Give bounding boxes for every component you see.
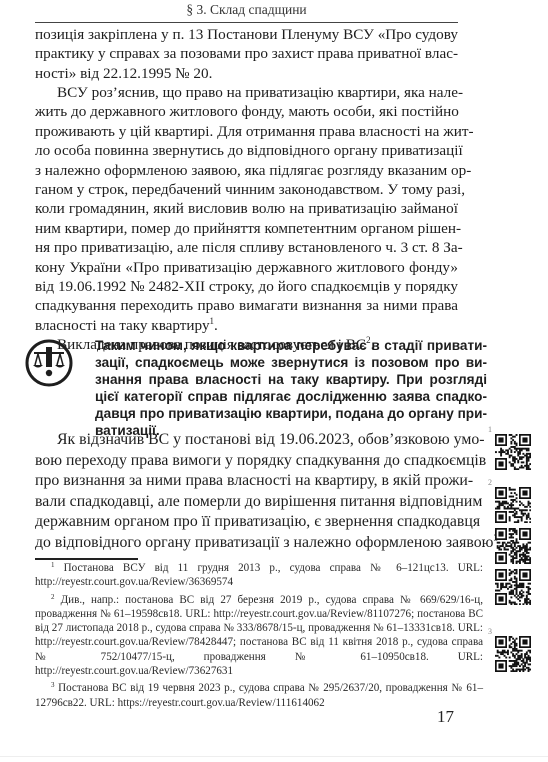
text-line: знання права власності на таку квартиру.…	[95, 371, 487, 388]
text-line: ВСУ роз’яснив, що право на приватизацію …	[35, 83, 458, 102]
footnote-text: Див., напр.: постанова ВС від 27 березня…	[35, 594, 483, 677]
qr-code-icon[interactable]	[495, 434, 531, 470]
text-line: ним квартири, помер до прийняття компете…	[35, 219, 458, 238]
text-line: ганом у строк, передбачений чинним закон…	[35, 180, 458, 199]
qr-code-icon[interactable]	[495, 528, 531, 564]
text-fragment: до відповідного органу приватизації з на…	[35, 534, 494, 551]
footnote-2: 2 Див., напр.: постанова ВС від 27 берез…	[35, 593, 483, 679]
text-line: про визнання за ними права власності на …	[35, 471, 472, 492]
text-line: спадкування переходить право вимагати ви…	[35, 296, 458, 315]
text-line: ня про приватизацію, але після спливу вс…	[35, 238, 458, 257]
text-line: давця про приватизацію квартири, подана …	[95, 405, 487, 422]
callout-text: Таким чином, якщо квартира перебуває в с…	[95, 337, 487, 439]
paragraph-4: Як відзначив ВС у постанові від 19.06.20…	[35, 430, 472, 553]
qr-code-icon[interactable]	[495, 569, 531, 605]
text-line: вою переходу права вимоги у порядку спад…	[35, 451, 472, 472]
qr-code-icon[interactable]	[495, 487, 531, 523]
text-line: зації, спадкоємець може звернутися із по…	[95, 354, 487, 371]
footnotes: 1 Постанова ВСУ від 11 грудня 2013 р., с…	[35, 561, 483, 713]
text-line: до відповідного органу приватизації з на…	[35, 533, 472, 554]
text-line: цієї категорії справ підлягає дослідженн…	[95, 388, 487, 405]
text-line: коли громадянин, який висловив волю на п…	[35, 199, 458, 218]
page-number: 17	[437, 707, 454, 727]
qr-code-icon[interactable]	[495, 636, 531, 672]
footnote-number: 1	[51, 561, 55, 569]
text-line: вали спадкодавці, але померли до вирішен…	[35, 492, 472, 513]
text-line: ності» від 22.12.1995 № 20.	[35, 64, 458, 83]
footnote-3: 3 Постанова ВС від 19 червня 2023 р., су…	[35, 681, 483, 710]
callout-box: Таким чином, якщо квартира перебуває в с…	[25, 337, 465, 423]
text-line: проживають у цій квартирі. Для отримання…	[35, 122, 458, 141]
text-line: власності на таку квартиру1.	[35, 316, 458, 335]
text-line: жить до державного житлового фонду, мают…	[35, 102, 458, 121]
running-header: § 3. Склад спадщини	[35, 2, 458, 18]
footnote-number: 2	[51, 593, 55, 601]
text-line: Таким чином, якщо квартира перебуває в с…	[95, 337, 487, 354]
text-line: державним органом про її приватизацію, є…	[35, 512, 472, 533]
footnote-number: 3	[51, 681, 55, 689]
text-line: з належно оформленою заявою, яка підляга…	[35, 161, 458, 180]
page-bottom-edge	[0, 756, 548, 757]
text-fragment: власності на таку квартиру	[35, 317, 210, 334]
paragraph-1: позиція закріплена у п. 13 Постанови Пле…	[35, 25, 458, 83]
text-line: Як відзначив ВС у постанові від 19.06.20…	[35, 430, 472, 451]
text-line: від 19.06.1992 № 2482-XII строку, до йог…	[35, 277, 458, 296]
text-line: ло особа повинна звернутись до відповідн…	[35, 141, 458, 160]
footnote-divider	[35, 558, 138, 560]
footnote-1: 1 Постанова ВСУ від 11 грудня 2013 р., с…	[35, 561, 483, 590]
qr-label: 1	[488, 425, 492, 434]
footnote-text: Постанова ВСУ від 11 грудня 2013 р., суд…	[35, 562, 483, 588]
scales-exclamation-icon	[25, 339, 73, 387]
footnote-text: Постанова ВС від 19 червня 2023 р., судо…	[35, 682, 483, 708]
qr-label: 3	[488, 627, 492, 636]
qr-label: 2	[488, 478, 492, 487]
text-line: кону України «Про приватизацію державног…	[35, 258, 458, 277]
period: .	[214, 317, 218, 334]
paragraph-2: ВСУ роз’яснив, що право на приватизацію …	[35, 83, 458, 355]
text-line: позиція закріплена у п. 13 Постанови Пле…	[35, 25, 458, 44]
text-line: практику у справах за позовами про захис…	[35, 44, 458, 63]
header-divider	[35, 22, 458, 23]
